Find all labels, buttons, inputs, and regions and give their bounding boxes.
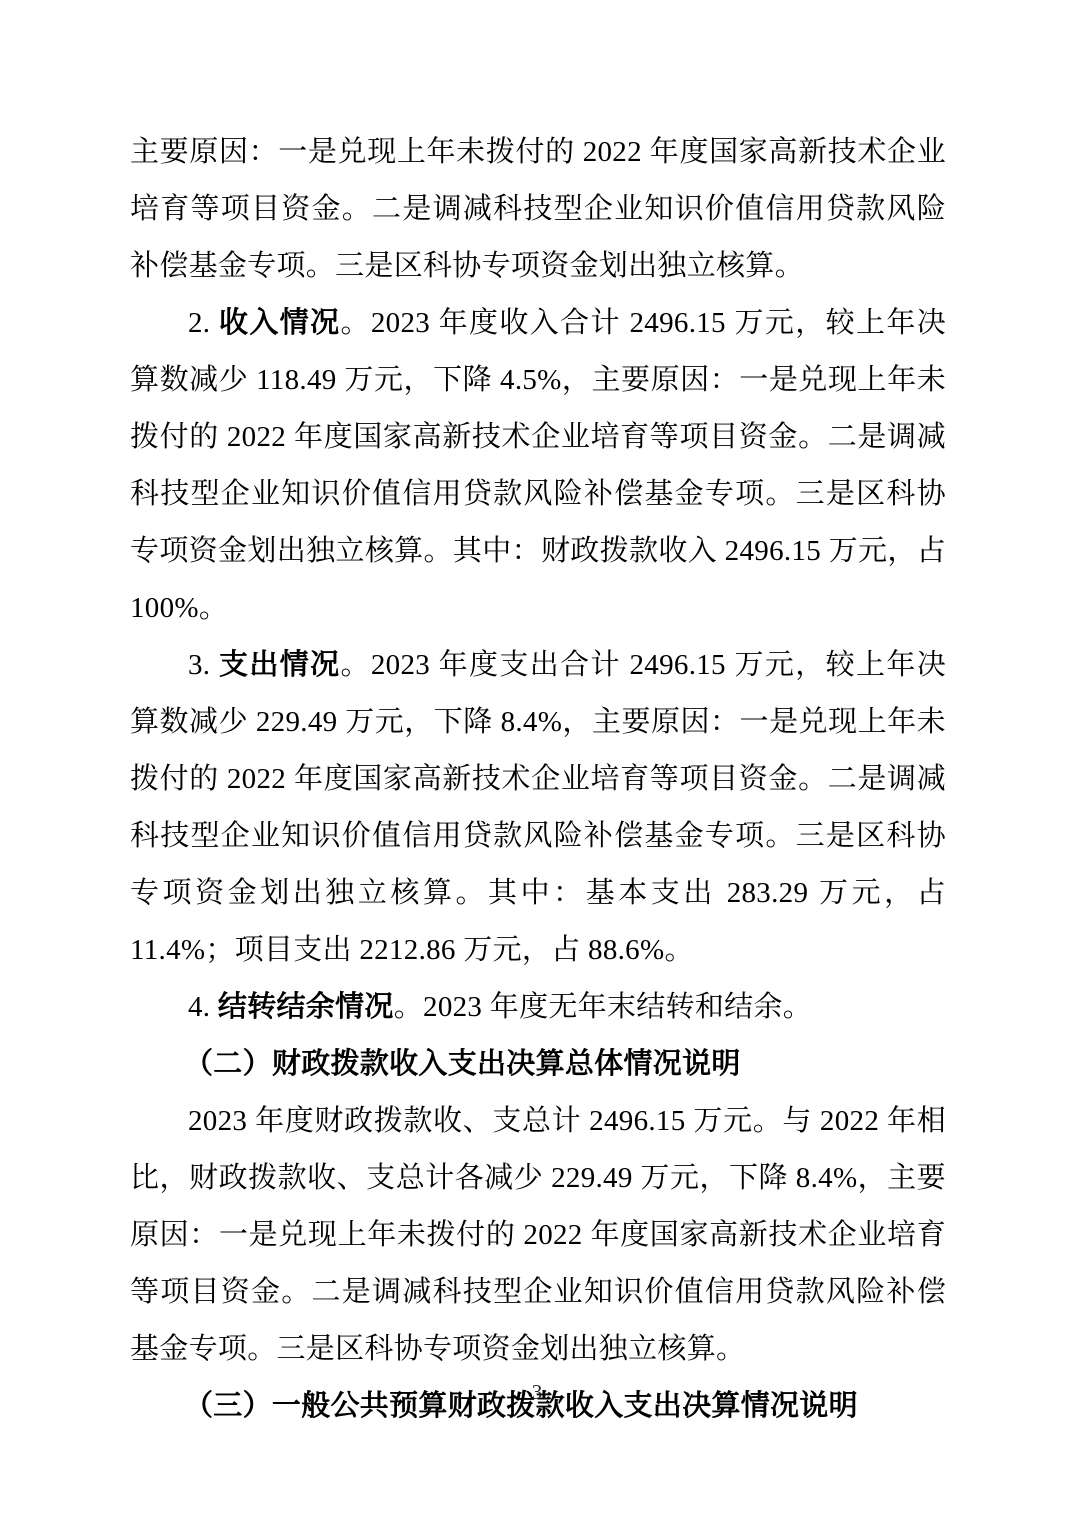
paragraph-carryover-reasons: 主要原因：一是兑现上年未拨付的 2022 年度国家高新技术企业培育等项目资金。二… [130,124,946,295]
document-page: 主要原因：一是兑现上年未拨付的 2022 年度国家高新技术企业培育等项目资金。二… [0,0,1074,1520]
text-run-bold-expenditure-label: 支出情况 [219,649,340,681]
paragraph-expenditure-situation: 3. 支出情况。2023 年度支出合计 2496.15 万元，较上年决算数减少 … [130,637,946,979]
text-run: 4. [188,991,218,1023]
text-run-bold-income-label: 收入情况 [219,307,340,339]
text-run: 2. [188,307,219,339]
text-run: 3. [188,649,219,681]
section-heading-fiscal-appropriation-overview: （二）财政拨款收入支出决算总体情况说明 [130,1036,946,1093]
paragraph-income-situation: 2. 收入情况。2023 年度收入合计 2496.15 万元，较上年决算数减少 … [130,295,946,637]
paragraph-fiscal-appropriation-summary: 2023 年度财政拨款收、支总计 2496.15 万元。与 2022 年相比，财… [130,1093,946,1378]
text-run: 主要原因：一是兑现上年未拨付的 2022 年度国家高新技术企业培育等项目资金。二… [130,136,946,282]
text-run: 2023 年度财政拨款收、支总计 2496.15 万元。与 2022 年相比，财… [130,1105,946,1365]
document-content: 主要原因：一是兑现上年未拨付的 2022 年度国家高新技术企业培育等项目资金。二… [130,124,946,1435]
text-run-bold-carryover-label: 结转结余情况 [218,991,394,1023]
heading-text: （二）财政拨款收入支出决算总体情况说明 [184,1048,741,1080]
text-run: 。2023 年度支出合计 2496.15 万元，较上年决算数减少 229.49 … [130,649,946,966]
paragraph-carryover-balance: 4. 结转结余情况。2023 年度无年末结转和结余。 [130,979,946,1036]
text-run: 。2023 年度无年末结转和结余。 [394,991,812,1023]
page-number: 3 [0,1378,1074,1406]
text-run: 。2023 年度收入合计 2496.15 万元，较上年决算数减少 118.49 … [130,307,946,624]
